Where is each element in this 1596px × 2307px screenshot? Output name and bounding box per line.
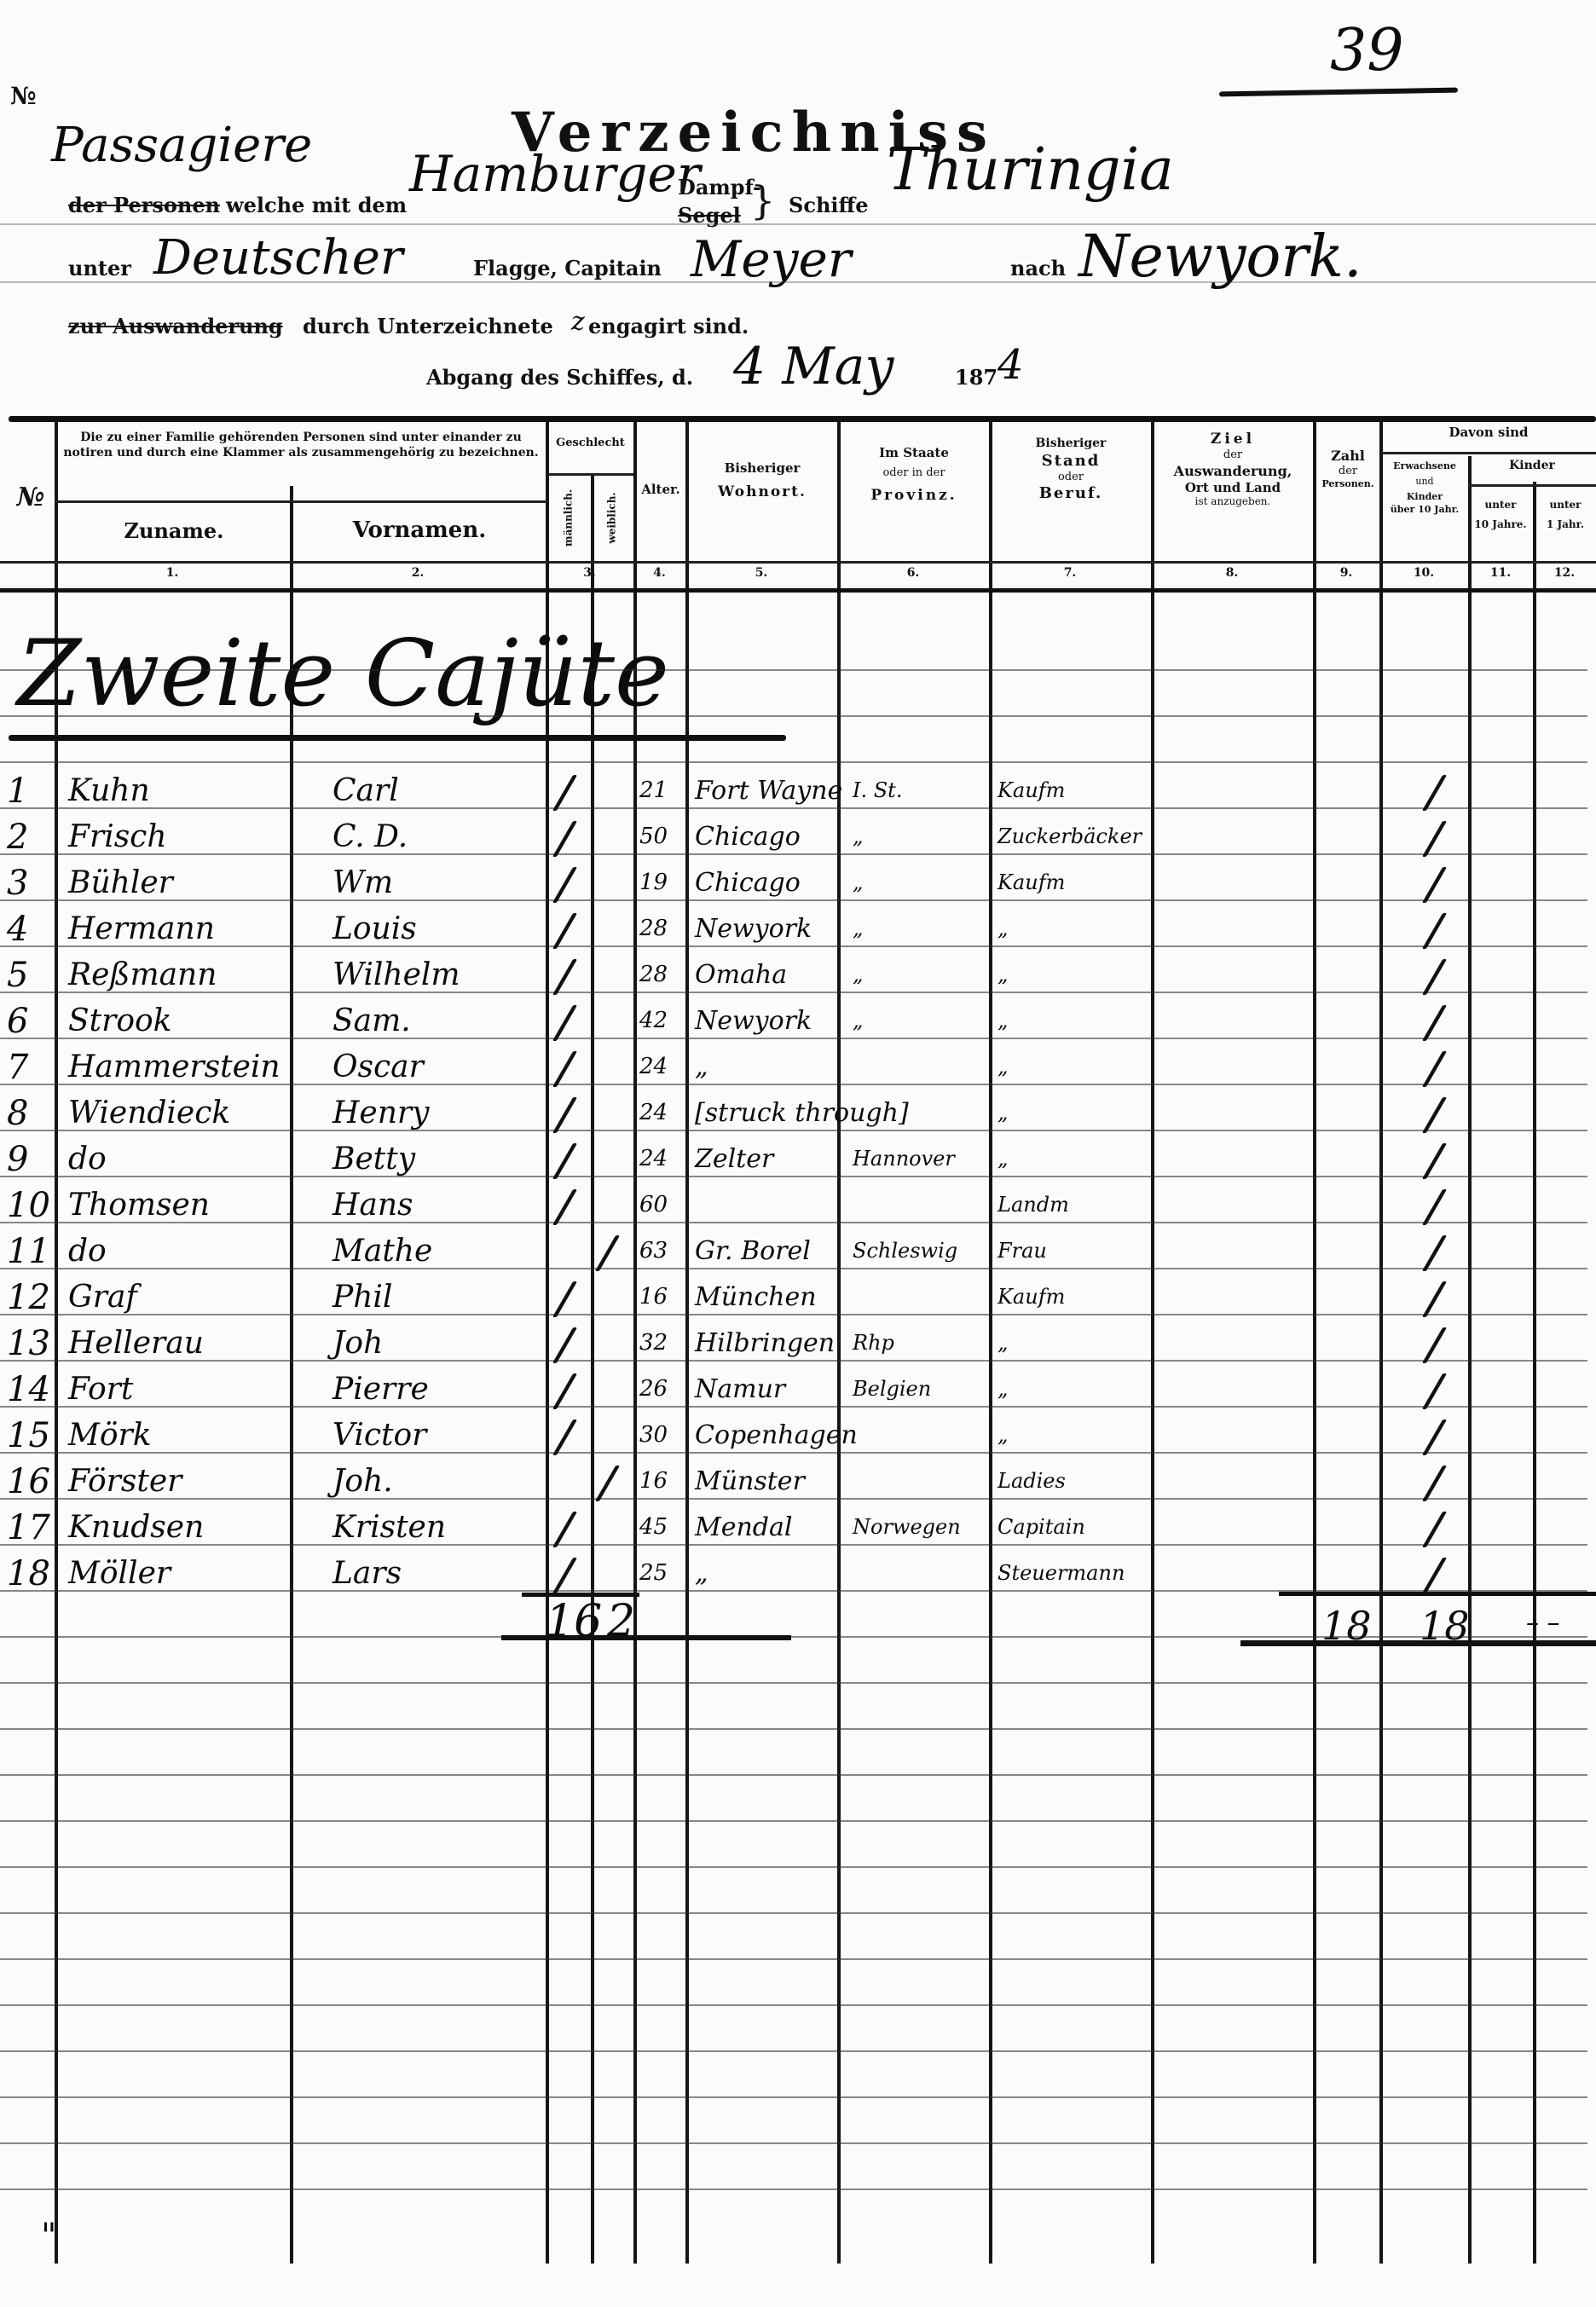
cell-alter: 16: [639, 1284, 668, 1310]
column-line: [989, 422, 992, 2264]
cell-wohnort: Zelter: [695, 1144, 773, 1174]
cell-wohnort: Mendal: [695, 1512, 792, 1542]
cell-beruf: Ladies: [997, 1469, 1066, 1493]
cell-beruf: „: [997, 1423, 1008, 1447]
handwritten-flag: Deutscher: [153, 230, 403, 286]
handwritten-insert: z: [571, 307, 585, 337]
header-erwachsene-line3: Kinder: [1381, 491, 1468, 503]
printed-zur-auswanderung: zur Auswanderung: [68, 314, 283, 338]
cell-wohnort: Chicago: [695, 868, 801, 898]
ruling-line: [0, 1544, 1587, 1546]
header-wohnort-line2: Wohnort.: [687, 483, 837, 501]
ruling-line: [0, 1314, 1587, 1315]
header-erwachsene-line4: über 10 Jahr.: [1381, 504, 1468, 516]
cell-alter: 28: [639, 962, 668, 987]
printed-welche-mit-dem: welche mit dem: [226, 193, 407, 217]
printed-durch-unterzeichnete: durch Unterzeichnete: [303, 314, 553, 338]
cell-wohnort: Fort Wayne: [695, 776, 842, 806]
handwritten-captain: Meyer: [691, 230, 852, 288]
cell-staat: Schleswig: [853, 1239, 957, 1263]
printed-abgang: Abgang des Schiffes, d.: [426, 365, 693, 390]
cell-wohnort: „: [695, 1052, 708, 1082]
header-unter1-line2: 1 Jahr.: [1535, 518, 1596, 531]
cell-staat: Belgien: [853, 1377, 931, 1401]
header-unter10-line1: unter: [1468, 499, 1533, 512]
header-stand: Bisheriger Stand oder Beruf.: [991, 437, 1151, 504]
cell-vorname: Wilhelm: [332, 957, 460, 992]
col-number-5: 5.: [685, 566, 837, 581]
cell-vorname: Oscar: [332, 1049, 424, 1084]
col-number-9: 9.: [1313, 566, 1379, 581]
ruling-line: [0, 1176, 1587, 1177]
header-staate: Im Staate oder in der Provinz.: [839, 445, 989, 505]
header-family-note: Die zu einer Familie gehörenden Personen…: [60, 431, 542, 460]
cell-no: 4: [7, 910, 28, 949]
brace-icon: }: [750, 177, 775, 223]
cell-alter: 50: [639, 824, 668, 849]
ruling-line: [0, 761, 1587, 763]
tally-mark-erw: [1422, 1558, 1447, 1593]
cell-beruf: Kaufm: [997, 778, 1065, 802]
header-unter1-line1: unter: [1535, 499, 1596, 512]
cell-no: 7: [7, 1048, 28, 1087]
handwritten-hamburger: Hamburger: [409, 145, 701, 203]
cell-wohnort: Newyork: [695, 914, 812, 944]
ruling-line: [0, 1452, 1587, 1454]
cell-alter: 21: [639, 778, 668, 803]
cell-vorname: Pierre: [332, 1372, 429, 1407]
tally-mark-m: [552, 1373, 577, 1409]
cell-zuname: Knudsen: [68, 1510, 204, 1545]
cell-no: 10: [7, 1186, 50, 1225]
cell-wohnort: Gr. Borel: [695, 1236, 811, 1266]
header-staate-line1: Im Staate: [839, 445, 989, 461]
cell-wohnort: München: [695, 1282, 817, 1312]
cell-vorname: Louis: [332, 911, 417, 946]
header-rule: [1468, 484, 1596, 487]
cell-beruf: Kaufm: [997, 870, 1065, 894]
header-ziel-line5: ist anzugeben.: [1153, 495, 1313, 508]
header-rule: [1381, 452, 1596, 454]
ruling-line: [0, 715, 1587, 717]
cell-zuname: Bühler: [68, 865, 173, 900]
column-line: [1533, 482, 1536, 2264]
ruling-line: [0, 1728, 1587, 1730]
header-rule: [0, 588, 1596, 593]
tally-mark-m: [552, 821, 577, 857]
ship-type-dampf: Dampf-: [678, 175, 761, 199]
header-kinder: Kinder: [1468, 459, 1596, 474]
tally-mark-erw: [1422, 1235, 1447, 1271]
cell-zuname: do: [68, 1234, 107, 1269]
manifest-page: 39 № Verzeichniss Passagiere der Persone…: [0, 0, 1596, 2307]
cell-alter: 60: [639, 1192, 668, 1217]
col-number-8: 8.: [1151, 566, 1313, 581]
cell-no: 1: [7, 772, 28, 811]
tally-mark-erw: [1422, 1373, 1447, 1409]
header-wohnort: Bisheriger Wohnort.: [687, 460, 837, 501]
tally-mark-erw: [1422, 1327, 1447, 1363]
header-wohnort-line1: Bisheriger: [687, 460, 837, 477]
col-number-3: 3.: [546, 566, 633, 581]
tally-mark-erw: [1422, 775, 1447, 811]
cell-vorname: Victor: [332, 1418, 426, 1453]
margin-mark: ": [41, 2217, 56, 2256]
handwritten-date: 4 May: [733, 337, 893, 396]
printed-schiffe: Schiffe: [789, 193, 868, 217]
ruling-line: [0, 1038, 1587, 1039]
cell-zuname: Förster: [68, 1464, 182, 1499]
tally-mark-erw: [1422, 1281, 1447, 1317]
printed-der-personen: der Personen: [68, 193, 220, 217]
tally-mark-erw: [1422, 1143, 1447, 1179]
cell-staat: „: [853, 1009, 863, 1032]
tally-mark-m: [552, 1005, 577, 1041]
tally-mark-erw: [1422, 1005, 1447, 1041]
column-line: [591, 473, 594, 2264]
cell-beruf: „: [997, 1331, 1008, 1355]
cell-beruf: Capitain: [997, 1515, 1085, 1539]
tally-mark-w: [595, 1235, 620, 1271]
col-number-12: 12.: [1533, 566, 1596, 581]
ruling-line: [0, 1130, 1587, 1131]
cell-zuname: Thomsen: [68, 1188, 210, 1223]
cell-staat: „: [853, 963, 863, 986]
total-dashes: – –: [1526, 1608, 1560, 1638]
cell-alter: 24: [639, 1100, 668, 1125]
cell-beruf: „: [997, 1101, 1008, 1125]
header-zuname: Zuname.: [60, 518, 288, 544]
header-staate-line3: Provinz.: [839, 487, 989, 505]
ruling-line: [0, 2142, 1587, 2144]
cell-vorname: Phil: [332, 1280, 392, 1315]
printed-nach: nach: [1010, 256, 1066, 280]
header-ziel-line3: Auswanderung,: [1153, 463, 1313, 480]
section-title-underline: [9, 735, 786, 741]
tally-mark-erw: [1422, 959, 1447, 995]
col-number-1: 1.: [55, 566, 290, 581]
total-double-rule-right: [1240, 1640, 1596, 1646]
column-line: [290, 486, 293, 2264]
total-rule-right: [1279, 1592, 1596, 1596]
tally-mark-m: [552, 867, 577, 903]
cell-vorname: Joh.: [332, 1464, 393, 1499]
cell-wohnort: „: [695, 1558, 708, 1588]
cell-zuname: do: [68, 1142, 107, 1177]
tally-mark-m: [552, 1189, 577, 1225]
header-staate-line2: oder in der: [839, 466, 989, 480]
cell-beruf: Zuckerbäcker: [997, 824, 1142, 848]
cell-no: 18: [7, 1554, 50, 1593]
cell-no: 16: [7, 1462, 50, 1501]
cell-no: 14: [7, 1370, 50, 1409]
ruling-line: [0, 1866, 1587, 1868]
cell-alter: 25: [639, 1560, 668, 1586]
cell-vorname: Lars: [332, 1556, 402, 1591]
cell-wohnort: Newyork: [695, 1006, 812, 1036]
cell-vorname: Henry: [332, 1096, 429, 1130]
handwritten-year-digit: 4: [997, 341, 1024, 389]
cell-vorname: Carl: [332, 773, 399, 808]
tally-mark-m: [552, 1051, 577, 1087]
number-mark: №: [10, 82, 36, 110]
tally-mark-erw: [1422, 1097, 1447, 1133]
cell-alter: 32: [639, 1330, 668, 1356]
tally-mark-m: [552, 913, 577, 949]
cell-no: 3: [7, 864, 28, 903]
cell-zuname: Mörk: [68, 1418, 152, 1453]
tally-mark-erw: [1422, 1466, 1447, 1501]
cell-no: 17: [7, 1508, 50, 1547]
cell-staat: Hannover: [853, 1147, 955, 1171]
tally-mark-m: [552, 1558, 577, 1593]
header-unter-1: unter 1 Jahr.: [1535, 499, 1596, 531]
cell-staat: Norwegen: [853, 1515, 961, 1539]
ruling-line: [0, 1268, 1587, 1269]
ruling-line: [0, 2096, 1587, 2098]
ruling-line: [0, 945, 1587, 947]
tally-mark-m: [552, 1281, 577, 1317]
cell-zuname: Hermann: [68, 911, 215, 946]
cell-beruf: „: [997, 1055, 1008, 1078]
tally-mark-m: [552, 959, 577, 995]
cell-alter: 42: [639, 1008, 668, 1033]
cell-alter: 26: [639, 1376, 668, 1402]
ruling-line: [0, 1498, 1587, 1500]
header-zahl: Zahl der Personen.: [1315, 448, 1381, 490]
header-alter: Alter.: [635, 482, 686, 498]
header-weiblich: weiblich.: [606, 476, 619, 561]
tally-mark-erw: [1422, 1512, 1447, 1547]
handwritten-ship-name: Thuringia: [887, 136, 1174, 204]
cell-beruf: Frau: [997, 1239, 1047, 1263]
header-erwachsene: Erwachsene und Kinder über 10 Jahr.: [1381, 460, 1468, 516]
ruling-line: [0, 899, 1587, 901]
cell-alter: 63: [639, 1238, 668, 1263]
column-line: [685, 422, 689, 2264]
cell-no: 2: [7, 818, 28, 857]
cell-beruf: „: [997, 916, 1008, 940]
tally-mark-erw: [1422, 821, 1447, 857]
cell-zuname: Strook: [68, 1003, 172, 1038]
tally-mark-m: [552, 1419, 577, 1455]
ruling-line: [0, 2188, 1587, 2190]
header-ziel: Ziel der Auswanderung, Ort und Land ist …: [1153, 431, 1313, 508]
cell-zuname: Fort: [68, 1372, 133, 1407]
header-unter10-line2: 10 Jahre.: [1468, 518, 1533, 531]
ruling-line: [0, 669, 1587, 671]
cell-alter: 28: [639, 916, 668, 941]
cell-no: 13: [7, 1324, 50, 1363]
header-geschlecht: Geschlecht: [546, 437, 635, 450]
header-maennlich: männlich.: [563, 476, 575, 561]
page-number-underline: [1219, 88, 1458, 97]
tally-mark-erw: [1422, 1419, 1447, 1455]
cell-alter: 19: [639, 870, 668, 895]
cell-beruf: „: [997, 963, 1008, 986]
ruling-line: [0, 1820, 1587, 1822]
cell-vorname: Joh: [332, 1326, 383, 1361]
header-ziel-line4: Ort und Land: [1153, 480, 1313, 496]
printed-year: 187: [955, 365, 997, 390]
header-ziel-line1: Ziel: [1153, 431, 1313, 448]
total-double-rule: [501, 1635, 791, 1640]
ruling-line: [0, 1958, 1587, 1960]
cell-zuname: Hammerstein: [68, 1049, 280, 1084]
cell-zuname: Hellerau: [68, 1326, 204, 1361]
column-line: [1379, 422, 1383, 2264]
header-vornamen: Vornamen.: [295, 517, 544, 545]
ruling-line: [0, 223, 1596, 225]
cell-alter: 45: [639, 1514, 668, 1540]
header-rule: [55, 500, 547, 503]
cell-zuname: Frisch: [68, 819, 167, 854]
header-stand-line1: Bisheriger: [991, 437, 1151, 452]
table-top-rule: [9, 416, 1596, 422]
cell-zuname: Möller: [68, 1556, 171, 1591]
header-erwachsene-line2: und: [1381, 476, 1468, 488]
cell-alter: 24: [639, 1146, 668, 1171]
header-unter-10: unter 10 Jahre.: [1468, 499, 1533, 531]
tally-mark-m: [552, 1327, 577, 1363]
column-line: [1151, 422, 1154, 2264]
header-davon-sind: Davon sind: [1381, 425, 1596, 441]
col-number-10: 10.: [1379, 566, 1468, 581]
cell-wohnort: Namur: [695, 1374, 785, 1404]
column-line: [1313, 422, 1316, 2264]
header-no: №: [7, 482, 55, 514]
ruling-line: [0, 2004, 1587, 2006]
ruling-line: [0, 281, 1596, 283]
cell-wohnort: Münster: [695, 1466, 805, 1496]
header-rule: [548, 473, 633, 476]
cell-wohnort: Hilbringen: [695, 1328, 835, 1358]
header-stand-line4: Beruf.: [991, 484, 1151, 504]
cell-staat: „: [853, 870, 863, 894]
ruling-line: [0, 2050, 1587, 2052]
ruling-line: [0, 1406, 1587, 1408]
cell-zuname: Graf: [68, 1280, 137, 1315]
ruling-line: [0, 853, 1587, 855]
cell-beruf: Landm: [997, 1193, 1069, 1217]
section-title: Zweite Cajüte: [17, 621, 669, 727]
cell-no: 5: [7, 956, 28, 995]
cell-alter: 16: [639, 1468, 668, 1494]
cell-vorname: Kristen: [332, 1510, 446, 1545]
cell-no: 12: [7, 1278, 50, 1317]
col-number-4: 4.: [633, 566, 685, 581]
ruling-line: [0, 1682, 1587, 1684]
cell-vorname: Wm: [332, 865, 393, 900]
cell-zuname: Wiendieck: [68, 1096, 230, 1130]
tally-mark-erw: [1422, 867, 1447, 903]
cell-beruf: „: [997, 1009, 1008, 1032]
header-rule: [0, 561, 1596, 564]
cell-wohnort: Chicago: [695, 822, 801, 852]
ruling-line: [0, 1912, 1587, 1914]
cell-staat: „: [853, 916, 863, 940]
tally-mark-erw: [1422, 1051, 1447, 1087]
cell-no: 8: [7, 1094, 28, 1133]
ruling-line: [0, 1774, 1587, 1776]
ruling-line: [0, 1222, 1587, 1223]
cell-beruf: Steuermann: [997, 1561, 1125, 1585]
tally-mark-m: [552, 1143, 577, 1179]
cell-beruf: Kaufm: [997, 1285, 1065, 1309]
ruling-line: [0, 807, 1587, 809]
tally-mark-w: [595, 1466, 620, 1501]
printed-flagge-capitain: Flagge, Capitain: [473, 256, 662, 280]
cell-zuname: Kuhn: [68, 773, 150, 808]
cell-beruf: „: [997, 1147, 1008, 1171]
tally-mark-erw: [1422, 913, 1447, 949]
col-number-6: 6.: [837, 566, 989, 581]
cell-no: 11: [7, 1232, 50, 1271]
cell-vorname: Betty: [332, 1142, 415, 1177]
col-number-2: 2.: [290, 566, 546, 581]
printed-unter: unter: [68, 256, 131, 280]
cell-no: 6: [7, 1002, 28, 1041]
cell-beruf: „: [997, 1377, 1008, 1401]
tally-mark-erw: [1422, 1189, 1447, 1225]
cell-no: 9: [7, 1140, 28, 1179]
cell-wohnort: Copenhagen: [695, 1420, 858, 1450]
header-zahl-line2: der: [1315, 465, 1381, 478]
tally-mark-m: [552, 1097, 577, 1133]
header-stand-line3: oder: [991, 471, 1151, 484]
tally-mark-m: [552, 1512, 577, 1547]
cell-alter: 24: [639, 1054, 668, 1079]
ruling-line: [0, 1360, 1587, 1362]
header-zahl-line1: Zahl: [1315, 448, 1381, 465]
cell-wohnort: Omaha: [695, 960, 787, 990]
header-stand-line2: Stand: [991, 452, 1151, 471]
cell-vorname: Sam.: [332, 1003, 411, 1038]
header-erwachsene-line1: Erwachsene: [1381, 460, 1468, 472]
cell-alter: 30: [639, 1422, 668, 1448]
col-number-11: 11.: [1468, 566, 1533, 581]
cell-staat: Rhp: [853, 1331, 894, 1355]
printed-engagirt-sind: engagirt sind.: [588, 314, 749, 338]
cell-vorname: Mathe: [332, 1234, 432, 1269]
cell-vorname: C. D.: [332, 819, 408, 854]
cell-staat: I. St.: [853, 778, 902, 802]
cell-staat: „: [853, 824, 863, 848]
header-zahl-line3: Personen.: [1315, 478, 1381, 490]
header-ziel-line2: der: [1153, 448, 1313, 462]
page-number: 39: [1330, 17, 1404, 84]
cell-zuname: Reßmann: [68, 957, 217, 992]
handwritten-passagiere: Passagiere: [51, 118, 312, 173]
cell-vorname: Hans: [332, 1188, 413, 1223]
tally-mark-m: [552, 775, 577, 811]
col-number-7: 7.: [989, 566, 1151, 581]
column-line: [837, 422, 841, 2264]
cell-no: 15: [7, 1416, 50, 1455]
ruling-line: [0, 992, 1587, 993]
cell-wohnort: [struck through]: [695, 1098, 909, 1128]
